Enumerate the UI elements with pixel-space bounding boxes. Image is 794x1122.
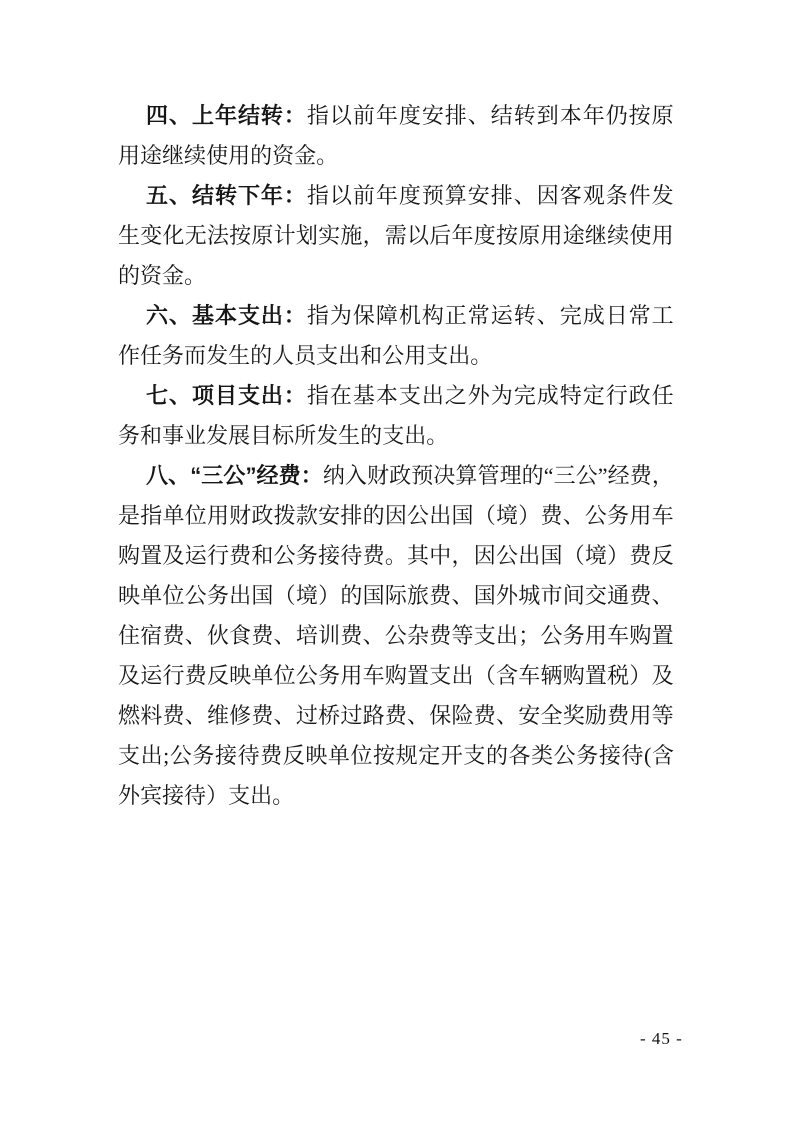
char: 费	[429, 616, 451, 656]
char: 、	[496, 696, 518, 736]
char: 外	[468, 376, 490, 416]
char: 置	[585, 656, 607, 696]
paragraph: 五、结转下年：指以前年度预算安排、因客观条件发生变化无法按原计划实施，需以后年度…	[118, 176, 674, 296]
char: 用	[228, 136, 250, 176]
bold-char: 六	[146, 296, 168, 336]
char: 特	[560, 376, 582, 416]
bold-char: 、	[169, 296, 191, 336]
char: 。	[184, 256, 206, 296]
char: 化	[162, 216, 184, 256]
char: 支	[118, 736, 140, 776]
char: 、	[652, 576, 674, 616]
char: 、	[537, 296, 559, 336]
char: 食	[229, 616, 251, 656]
char: 公	[407, 496, 429, 536]
char: 条	[606, 176, 628, 216]
char: 境	[296, 576, 318, 616]
char: 维	[207, 696, 229, 736]
char: （	[274, 576, 296, 616]
char: 按	[629, 96, 651, 136]
paragraph: 六、基本支出：指为保障机构正常运转、完成日常工作任务而发生的人员支出和公用支出。	[118, 296, 674, 376]
char: 过	[296, 696, 318, 736]
char: 支	[463, 736, 485, 776]
char: 费	[607, 696, 629, 736]
text-line: 住宿费、伙食费、培训费、公杂费等支出；公务用车购置	[118, 616, 674, 656]
bold-char: ：	[284, 296, 306, 336]
text-line: 燃料费、维修费、过桥过路费、保险费、安全奖励费用等	[118, 696, 674, 736]
char: 国	[540, 536, 562, 576]
char: 指	[307, 96, 329, 136]
char: 和	[360, 336, 382, 376]
char: 途	[563, 216, 585, 256]
text-line: 七、项目支出：指在基本支出之外为完成特定行政任	[118, 376, 674, 416]
char: 用	[540, 216, 562, 256]
char: 日	[606, 296, 628, 336]
char: ，	[452, 536, 474, 576]
bold-char: 七	[146, 376, 168, 416]
char: 杂	[407, 616, 429, 656]
char: 机	[399, 296, 421, 336]
char: 待	[238, 736, 260, 776]
char: 、	[468, 96, 490, 136]
bold-char: 、	[168, 456, 190, 496]
char: 排	[340, 496, 362, 536]
char: 用	[340, 656, 362, 696]
char: 款	[296, 496, 318, 536]
char: 。	[316, 136, 338, 176]
text-line: 生变化无法按原计划实施，需以后年度按原用途继续使用	[118, 216, 674, 256]
char: 车	[518, 656, 540, 696]
char: 公	[296, 656, 318, 696]
char: 出	[422, 376, 444, 416]
char: （	[474, 656, 496, 696]
char: 使	[206, 136, 228, 176]
char: 出	[229, 576, 251, 616]
char: 转	[514, 96, 536, 136]
char: 需	[385, 216, 407, 256]
text-line: 用途继续使用的资金。	[118, 136, 674, 176]
bold-char: 下	[238, 176, 260, 216]
char: 及	[162, 536, 184, 576]
text-line: 八、“三公”经费：纳入财政预决算管理的“三公”经费，	[118, 456, 674, 496]
char: 等	[652, 696, 674, 736]
char: 务	[207, 576, 229, 616]
char: 出	[141, 736, 163, 776]
char: 指	[307, 176, 329, 216]
char: 基	[353, 376, 375, 416]
char: 预	[422, 176, 444, 216]
char: 三	[554, 456, 576, 496]
char: 开	[441, 736, 463, 776]
char: 年	[376, 96, 398, 136]
char: 客	[560, 176, 582, 216]
char: 的	[360, 416, 382, 456]
text-line: 作任务而发生的人员支出和公用支出。	[118, 336, 674, 376]
char: 。	[470, 336, 492, 376]
char: 常	[468, 296, 490, 336]
char: 待	[340, 536, 362, 576]
char: ，	[363, 216, 385, 256]
char: 境	[496, 496, 518, 536]
char: 金	[162, 256, 184, 296]
char: 续	[607, 216, 629, 256]
char: 预	[411, 456, 433, 496]
bold-char: ：	[284, 176, 306, 216]
bold-char: 三	[201, 456, 223, 496]
char: 施	[340, 216, 362, 256]
bold-char: 四	[146, 96, 168, 136]
char: 无	[185, 216, 207, 256]
char: 修	[229, 696, 251, 736]
char: 费	[363, 536, 385, 576]
char: 费	[540, 496, 562, 536]
char: 计	[274, 216, 296, 256]
text-line: 及运行费反映单位公务用车购置支出（含车辆购置税）及	[118, 656, 674, 696]
char: 原	[518, 216, 540, 256]
char: 目	[250, 416, 272, 456]
char: 完	[514, 376, 536, 416]
char: 工	[652, 296, 674, 336]
char: 财	[229, 496, 251, 536]
char: 业	[184, 416, 206, 456]
char: 经	[608, 456, 630, 496]
char: 支	[382, 416, 404, 456]
char: 公	[274, 536, 296, 576]
char: ，	[652, 456, 674, 496]
char: 所	[294, 416, 316, 456]
char: 而	[184, 336, 206, 376]
char: 路	[363, 696, 385, 736]
char: 算	[445, 176, 467, 216]
char: 的	[118, 256, 140, 296]
char: 境	[585, 536, 607, 576]
char: 映	[305, 736, 327, 776]
char: 住	[118, 616, 140, 656]
char: 含	[496, 656, 518, 696]
char: 用	[207, 496, 229, 536]
char: 成	[583, 296, 605, 336]
char: 等	[452, 616, 474, 656]
char: 构	[422, 296, 444, 336]
bold-char: 结	[192, 176, 214, 216]
char: （	[563, 536, 585, 576]
char: 年	[452, 216, 474, 256]
char: 购	[118, 536, 140, 576]
char: 费	[229, 536, 251, 576]
char: 国	[474, 576, 496, 616]
char: 发	[206, 416, 228, 456]
char: 、	[407, 696, 429, 736]
char: 安	[422, 96, 444, 136]
char: 市	[540, 576, 562, 616]
paragraph: 八、“三公”经费：纳入财政预决算管理的“三公”经费，是指单位用财政拨款安排的因公…	[118, 456, 674, 816]
text-line: 外宾接待）支出。	[118, 776, 674, 816]
char: 出	[452, 656, 474, 696]
char: 本	[560, 96, 582, 136]
char: 按	[229, 216, 251, 256]
char: 规	[396, 736, 418, 776]
text-line: 四、上年结转：指以前年度安排、结转到本年仍按原	[118, 96, 674, 136]
char: 公	[540, 616, 562, 656]
char: 。	[385, 536, 407, 576]
char: 出	[448, 336, 470, 376]
char: 资	[272, 136, 294, 176]
char: 员	[294, 336, 316, 376]
char: 各	[509, 736, 531, 776]
char: 用	[585, 616, 607, 656]
char: 生	[228, 336, 250, 376]
char: 出	[338, 336, 360, 376]
char: 励	[585, 696, 607, 736]
char: 的	[522, 456, 544, 496]
char: 位	[350, 736, 372, 776]
char: 外	[118, 776, 140, 816]
bold-char: 出	[261, 296, 283, 336]
char: 和	[251, 536, 273, 576]
char: 务	[607, 496, 629, 536]
char: ）	[518, 496, 540, 536]
char: 出	[404, 416, 426, 456]
paragraph: 七、项目支出：指在基本支出之外为完成特定行政任务和事业发展目标所发生的支出。	[118, 376, 674, 456]
char: 公	[585, 496, 607, 536]
char: 财	[367, 456, 389, 496]
text-line: 是指单位用财政拨款安排的因公出国（境）费、公务用车	[118, 496, 674, 536]
char: 原	[652, 96, 674, 136]
char: 算	[455, 456, 477, 496]
char: 购	[563, 656, 585, 696]
char: 和	[140, 416, 162, 456]
char: “	[544, 456, 554, 496]
char: 税	[607, 656, 629, 696]
bold-char: 年	[261, 176, 283, 216]
char: 购	[385, 656, 407, 696]
char: 置	[140, 536, 162, 576]
char: 划	[296, 216, 318, 256]
bold-char: “	[190, 456, 201, 496]
char: 旅	[407, 576, 429, 616]
char: (	[644, 736, 651, 776]
char: 费	[629, 576, 651, 616]
char: 公	[496, 536, 518, 576]
bold-char: 转	[261, 96, 283, 136]
char: 其	[407, 536, 429, 576]
char: 转	[514, 296, 536, 336]
char: 燃	[118, 696, 140, 736]
char: 待	[621, 736, 643, 776]
bold-char: 结	[238, 96, 260, 136]
char: 后	[429, 216, 451, 256]
char: 务	[318, 656, 340, 696]
char: 、	[363, 616, 385, 656]
char: 单	[328, 736, 350, 776]
char: 行	[606, 376, 628, 416]
char: 出	[518, 536, 540, 576]
char: 支	[429, 656, 451, 696]
char: 城	[518, 576, 540, 616]
char: 的	[340, 576, 362, 616]
char: 类	[531, 736, 553, 776]
bold-char: 基	[192, 296, 214, 336]
char: 费	[162, 696, 184, 736]
char: 度	[399, 96, 421, 136]
text-line: 支出;公务接待费反映单位按规定开支的各类公务接待(含	[118, 736, 674, 776]
char: 单	[162, 496, 184, 536]
char: 理	[500, 456, 522, 496]
char: 在	[330, 376, 352, 416]
bold-char: 、	[169, 376, 191, 416]
char: 用	[629, 696, 651, 736]
bold-char: 、	[169, 176, 191, 216]
bold-char: 费	[279, 456, 301, 496]
char: 续	[184, 136, 206, 176]
bold-char: 年	[215, 96, 237, 136]
char: 以	[330, 176, 352, 216]
char: 安	[468, 176, 490, 216]
char: 指	[307, 296, 329, 336]
char: 中	[429, 536, 451, 576]
char: 公	[185, 576, 207, 616]
char: 辆	[540, 656, 562, 696]
char: 置	[407, 656, 429, 696]
char: 单	[140, 576, 162, 616]
char: 生	[338, 416, 360, 456]
char: 为	[491, 376, 513, 416]
char: 前	[353, 96, 375, 136]
char: 训	[318, 616, 340, 656]
char: 过	[340, 696, 362, 736]
char: 政	[629, 376, 651, 416]
char: 、	[514, 176, 536, 216]
char: 、	[274, 616, 296, 656]
char: 接	[215, 736, 237, 776]
bold-char: 经	[257, 456, 279, 496]
char: 因	[537, 176, 559, 216]
char: 金	[294, 136, 316, 176]
char: 安	[518, 696, 540, 736]
char: 桥	[318, 696, 340, 736]
char: 务	[563, 616, 585, 656]
char: 用	[652, 216, 674, 256]
text-line: 映单位公务出国（境）的国际旅费、国外城市间交通费、	[118, 576, 674, 616]
char: 观	[583, 176, 605, 216]
char: ）	[318, 576, 340, 616]
bold-char: 出	[261, 376, 283, 416]
char: 费	[629, 536, 651, 576]
document-body: 四、上年结转：指以前年度安排、结转到本年仍按原用途继续使用的资金。五、结转下年：…	[118, 96, 674, 816]
char: 位	[162, 576, 184, 616]
char: 定	[583, 376, 605, 416]
char: 政	[251, 496, 273, 536]
char: 通	[607, 576, 629, 616]
char: 因	[474, 536, 496, 576]
char: 及	[118, 656, 140, 696]
char: 变	[140, 216, 162, 256]
char: 、	[563, 496, 585, 536]
char: （	[474, 496, 496, 536]
text-line: 购置及运行费和公务接待费。其中，因公出国（境）费反	[118, 536, 674, 576]
bold-char: 目	[215, 376, 237, 416]
char: 资	[140, 256, 162, 296]
char: 排	[491, 176, 513, 216]
char: 按	[373, 736, 395, 776]
char: ）	[206, 776, 228, 816]
char: 度	[474, 216, 496, 256]
char: 出	[496, 616, 518, 656]
bold-char: ：	[301, 456, 323, 496]
char: 原	[251, 216, 273, 256]
char: 费	[385, 696, 407, 736]
char: 费	[260, 736, 282, 776]
char: 指	[140, 496, 162, 536]
char: 的	[250, 336, 272, 376]
char: 法	[207, 216, 229, 256]
char: 费	[429, 576, 451, 616]
char: 本	[376, 376, 398, 416]
char: 国	[363, 576, 385, 616]
char: 公	[385, 616, 407, 656]
bold-char: ：	[284, 376, 306, 416]
char: 出	[429, 496, 451, 536]
char: ；	[518, 616, 540, 656]
char: 际	[385, 576, 407, 616]
char: 接	[599, 736, 621, 776]
char: 的	[250, 136, 272, 176]
char: 反	[283, 736, 305, 776]
char: 人	[272, 336, 294, 376]
char: 管	[477, 456, 499, 496]
char: ）	[629, 656, 651, 696]
char: 宾	[140, 776, 162, 816]
char: 运	[185, 536, 207, 576]
char: 费	[474, 696, 496, 736]
char: 险	[452, 696, 474, 736]
char: 支	[316, 336, 338, 376]
char: 到	[537, 96, 559, 136]
char: ”	[598, 456, 608, 496]
char: 生	[118, 216, 140, 256]
char: 保	[353, 296, 375, 336]
char: 发	[652, 176, 674, 216]
char: 位	[185, 496, 207, 536]
char: 实	[318, 216, 340, 256]
char: 因	[385, 496, 407, 536]
char: 务	[118, 416, 140, 456]
char: 料	[140, 696, 162, 736]
char: 奖	[563, 696, 585, 736]
char: 出	[250, 776, 272, 816]
char: 完	[560, 296, 582, 336]
char: 继	[585, 216, 607, 256]
char: 以	[330, 96, 352, 136]
bold-char: 支	[238, 376, 260, 416]
char: 以	[407, 216, 429, 256]
char: 务	[296, 536, 318, 576]
char: 务	[576, 736, 598, 776]
char: 车	[363, 656, 385, 696]
char: 件	[629, 176, 651, 216]
char: 仍	[606, 96, 628, 136]
char: 反	[207, 656, 229, 696]
paragraph: 四、上年结转：指以前年度安排、结转到本年仍按原用途继续使用的资金。	[118, 96, 674, 176]
char: 置	[652, 616, 674, 656]
char: 购	[629, 616, 651, 656]
text-line: 六、基本支出：指为保障机构正常运转、完成日常工	[118, 296, 674, 336]
char: 用	[118, 136, 140, 176]
char: ;	[163, 736, 169, 776]
char: 继	[162, 136, 184, 176]
char: 外	[496, 576, 518, 616]
char: 拨	[274, 496, 296, 536]
